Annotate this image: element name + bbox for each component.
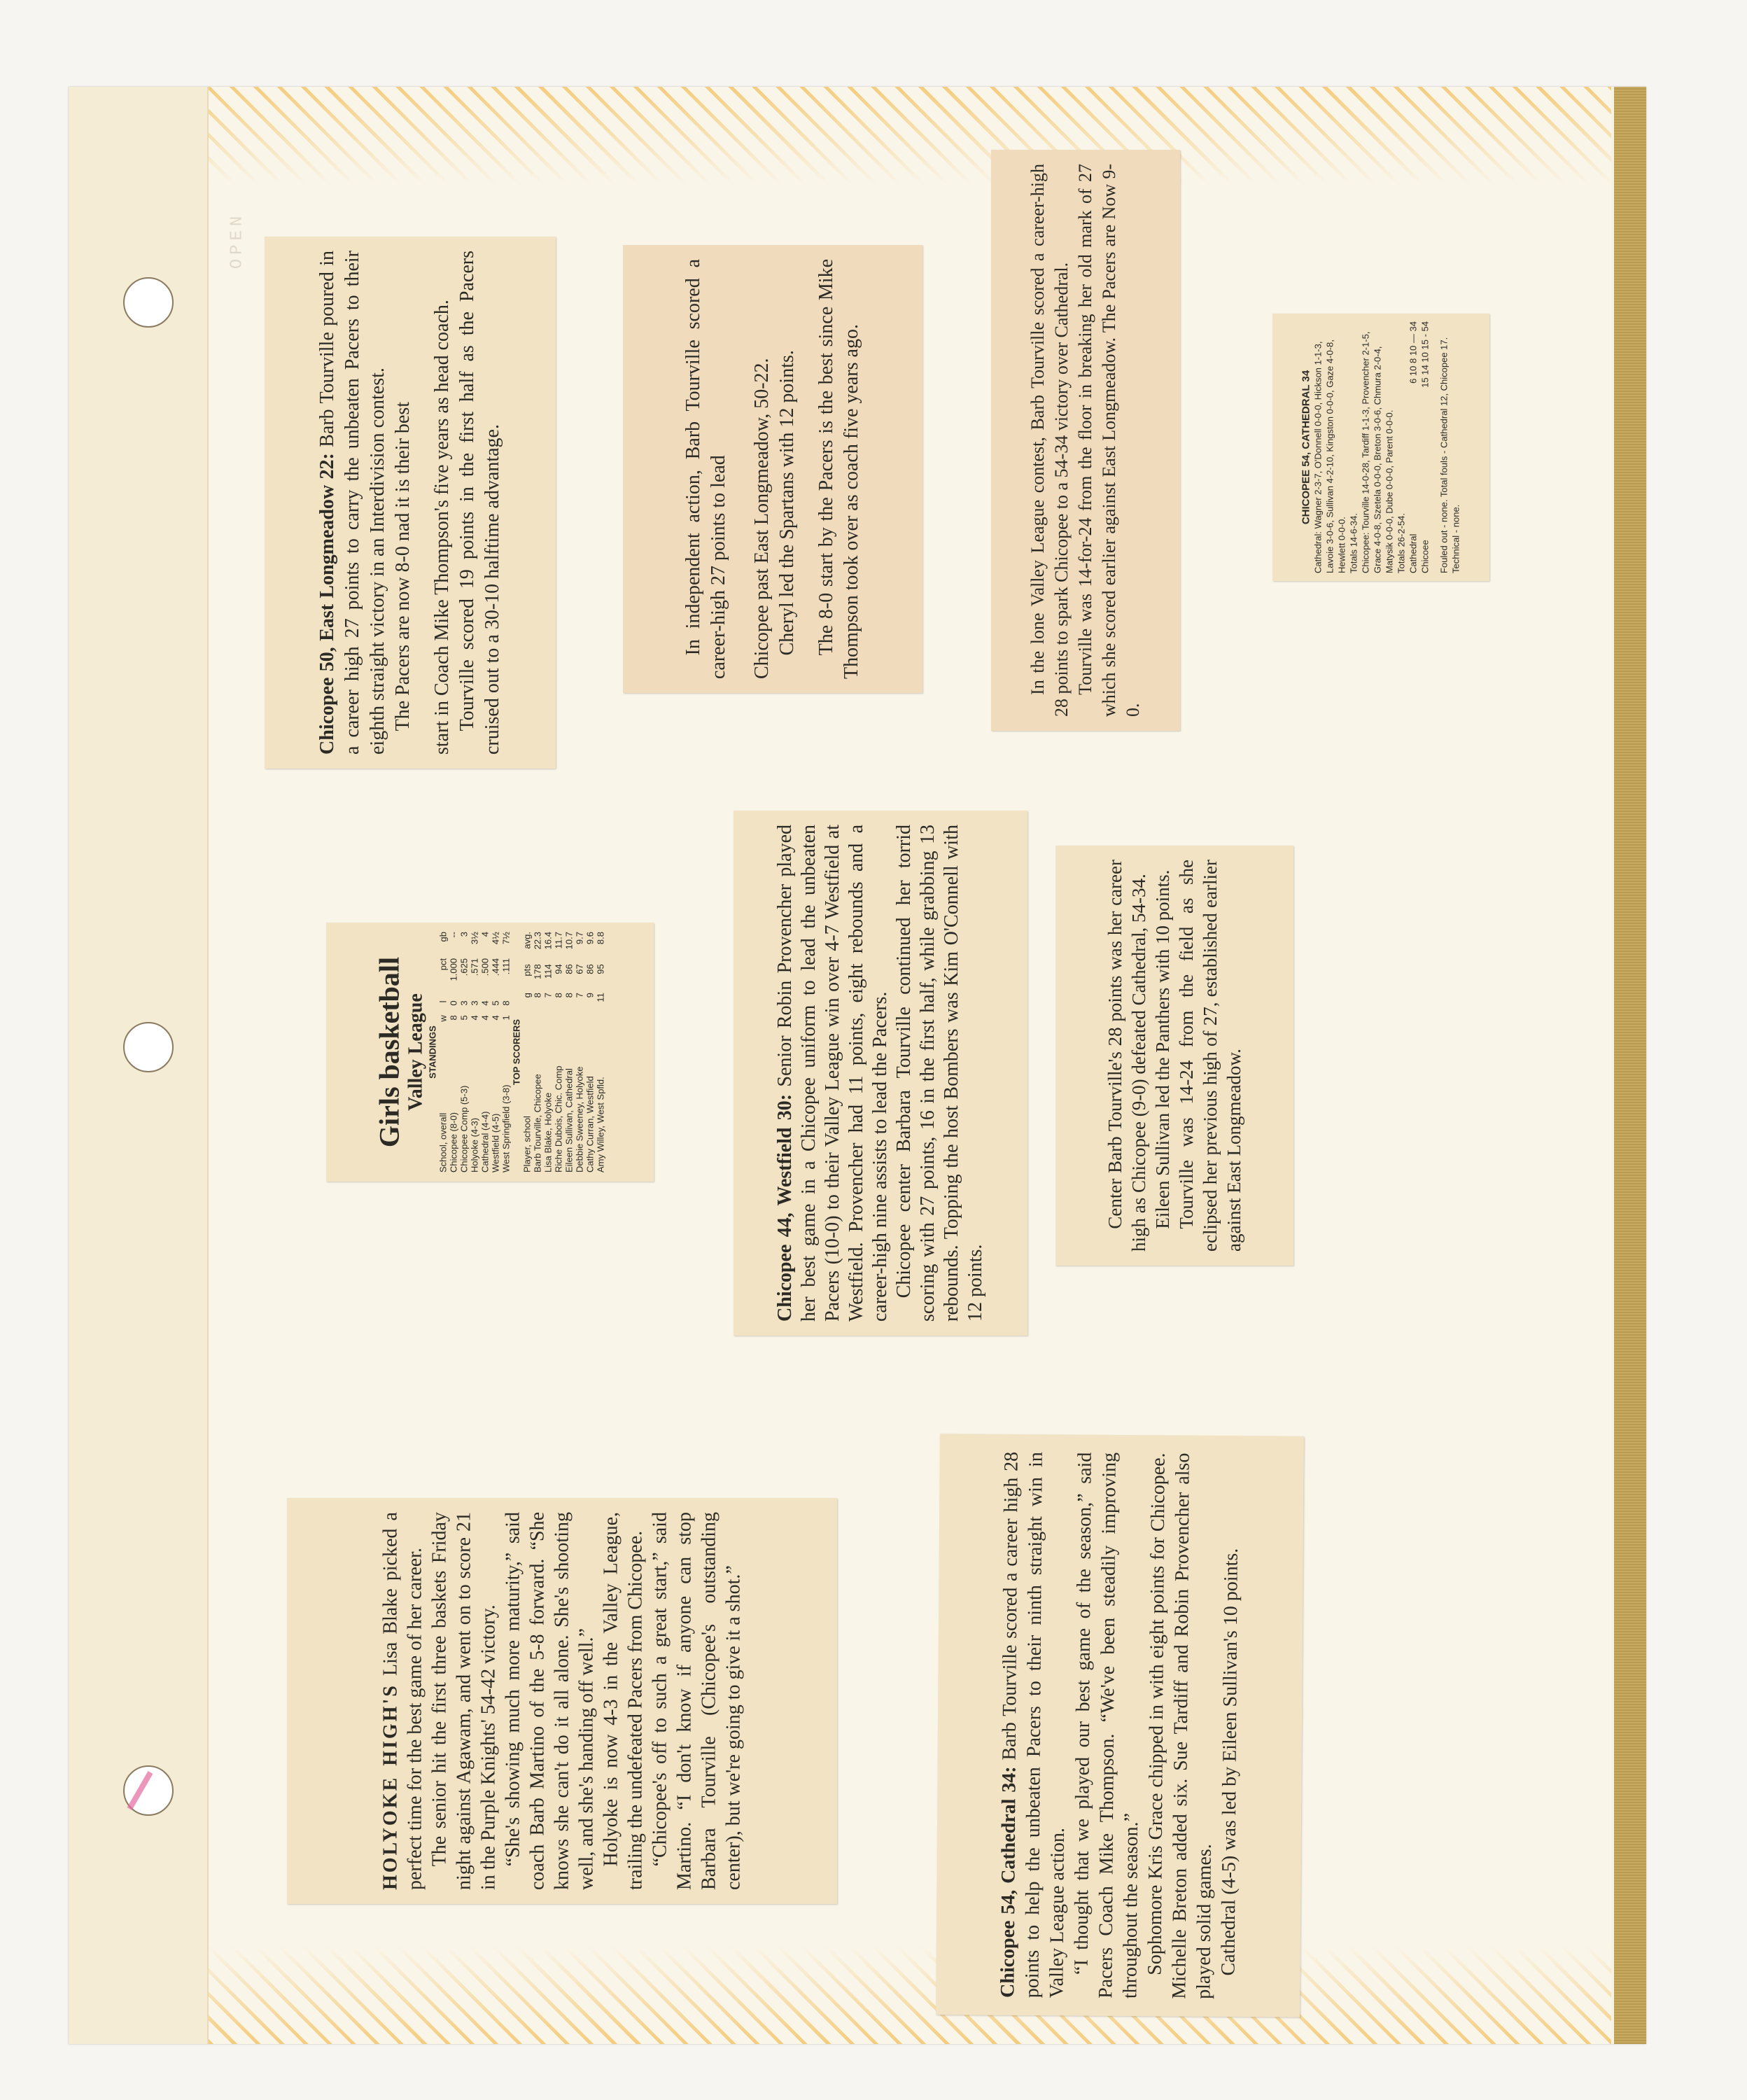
standings-table: School, overall w l pct gb Chicopee (8-0… — [438, 930, 512, 1175]
table-header: Player, school g pts avg. — [522, 930, 533, 1175]
clipping-body: In the lone Valley League contest, Barb … — [1026, 164, 1145, 717]
table-row: Holyoke (4-3)43.5713½ — [470, 930, 480, 1175]
table-row: Lisa Blake, Holyoke711416.4 — [543, 930, 554, 1175]
binder-hole-top — [123, 277, 174, 328]
clipping-lead: Chicopee 44, Westfield 30: — [774, 1094, 796, 1322]
box-score-quarter-row: Cathedral 6 10 8 10 — 34 — [1408, 321, 1419, 573]
decorative-stripes-bottom — [209, 1946, 1611, 2044]
clipping-body: In independent action, Barb Tourville sc… — [681, 259, 864, 679]
table-row: Amy Willey, West Spfld.11958.8 — [596, 930, 606, 1175]
table-row: Barb Tourville, Chicopee817822.3 — [533, 930, 543, 1175]
table-row: Chicopee Comp (5-3)53.6253 — [459, 930, 470, 1175]
table-row: West Springfield (3-8)18.1117½ — [501, 930, 512, 1175]
box-score-body: CHICOPEE 54, CATHEDRAL 34 Cathedral: Wag… — [1300, 321, 1462, 573]
embossed-mark: OPEN — [227, 212, 246, 269]
table-row: Westfield (4-5)45.4444½ — [491, 930, 501, 1175]
clipping-lead: HOLYOKE HIGH'S — [380, 1683, 402, 1890]
clipping-box-score: CHICOPEE 54, CATHEDRAL 34 Cathedral: Wag… — [1272, 314, 1489, 581]
table-row: Cathy Curran, Westfield9869.6 — [585, 930, 596, 1175]
table-row: Debbie Sweeney, Holyoke7679.7 — [575, 930, 585, 1175]
table-header: School, overall w l pct gb — [438, 930, 449, 1175]
clipping-westfield-game: Chicopee 44, Westfield 30: Senior Robin … — [734, 811, 1027, 1336]
standings-body: Girls basketball Valley League STANDINGS… — [374, 930, 606, 1175]
clipping-cathedral-game: Chicopee 54, Cathedral 34: Barb Tourvill… — [936, 1434, 1304, 2017]
box-score-quarter-row: Chicoee 15 14 10 15 - 54 — [1419, 321, 1431, 573]
clipping-center-barb: Center Barb Tourville's 28 points was he… — [1055, 846, 1293, 1266]
clipping-standings: Girls basketball Valley League STANDINGS… — [326, 923, 654, 1182]
gold-edge-strip — [1614, 87, 1646, 2044]
decorative-stripes-top — [209, 87, 1611, 185]
clipping-lone-valley-league: In the lone Valley League contest, Barb … — [991, 150, 1180, 731]
box-score-title: CHICOPEE 54, CATHEDRAL 34 — [1300, 321, 1312, 573]
table-row: Eileen Sullivan, Cathedral88610.7 — [564, 930, 575, 1175]
top-scorers-table: Player, school g pts avg. Barb Tourville… — [522, 930, 606, 1175]
clipping-body: Center Barb Tourville's 28 points was he… — [1103, 860, 1246, 1252]
clipping-independent-action: In independent action, Barb Tourville sc… — [623, 245, 922, 693]
clipping-lead: Chicopee 54, Cathedral 34: — [997, 1766, 1020, 1998]
binder-hole-bottom — [123, 1765, 174, 1816]
binder-hole-middle — [123, 1022, 174, 1072]
table-row: Riche Dubois, Chic. Comp89411.7 — [554, 930, 564, 1175]
clipping-holyoke-high: HOLYOKE HIGH'S Lisa Blake picked a perfe… — [287, 1498, 837, 1904]
clipping-east-longmeadow: Chicopee 50, East Longmeadow 22: Barb To… — [265, 237, 556, 769]
table-row: Chicopee (8-0)801.000-- — [449, 930, 459, 1175]
clipping-body: Chicopee 54, Cathedral 34: Barb Tourvill… — [995, 1452, 1244, 1999]
clipping-body: Chicopee 50, East Longmeadow 22: Barb To… — [315, 251, 505, 755]
standings-headline: Girls basketball — [374, 930, 405, 1175]
table-row: Cathedral (4-4)44.5004 — [480, 930, 491, 1175]
clipping-lead: Chicopee 50, East Longmeadow 22: — [316, 453, 338, 755]
standings-league: Valley League — [405, 930, 428, 1175]
clipping-body: HOLYOKE HIGH'S Lisa Blake picked a perfe… — [379, 1512, 746, 1890]
binding-strip — [69, 87, 209, 2044]
clipping-body: Chicopee 44, Westfield 30: Senior Robin … — [773, 825, 988, 1322]
